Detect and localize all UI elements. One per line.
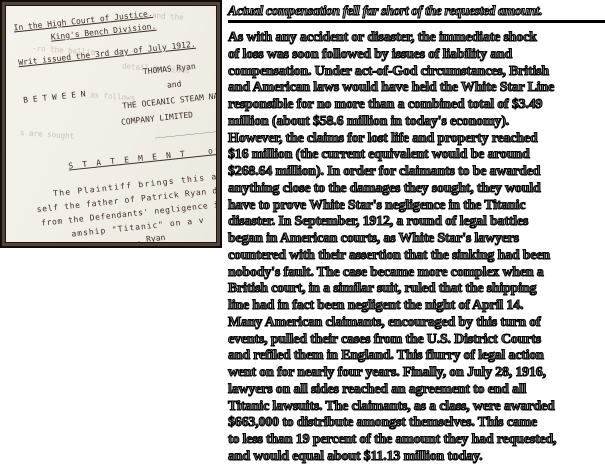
article-body-line: line had in fact been negligent the nigh… [228, 298, 605, 315]
article-body-line: $663,000 to distribute amongst themselve… [228, 415, 605, 432]
article-body-line: However, the claims for lost life and pr… [228, 131, 605, 148]
article-body-line: million (about $58.6 million in today's … [228, 114, 605, 131]
article-body-line: lawyers on all sides reached an agreemen… [228, 382, 605, 399]
scan-paper: and the-ro the bellimdetail providedas f… [5, 5, 217, 243]
article-body-line: events, pulled their cases from the U.S.… [228, 332, 605, 349]
scan-inner-frame: and the-ro the bellimdetail providedas f… [2, 2, 220, 246]
article-body-line: compensation. Under act-of-God circumsta… [228, 64, 605, 81]
article-body-line: anything close to the damages they sough… [228, 181, 605, 198]
article-body-line: and American laws would have held the Wh… [228, 80, 605, 97]
typewritten-text-block: In the High Court of Justice.King's Benc… [9, 5, 217, 243]
court-document-scan-frame: and the-ro the bellimdetail providedas f… [0, 0, 222, 248]
article-body-line: and refiled them in England. This flurry… [228, 348, 605, 365]
article-body-line: Many American claimants, encouraged by t… [228, 315, 605, 332]
article-title-block: Actual compensation fell far short of th… [228, 0, 605, 23]
article-title: Actual compensation fell far short of th… [228, 2, 605, 19]
article-body-line: British court, in a similar suit, ruled … [228, 281, 605, 298]
article-body-line: disaster. In September, 1912, a round of… [228, 214, 605, 231]
article-body-line: began in American courts, as White Star'… [228, 231, 605, 248]
article-body-line: of loss was soon followed by issues of l… [228, 47, 605, 64]
article-body-line: $16 million (the current equivalent woul… [228, 147, 605, 164]
article-body-line: nobody's fault. The case became more com… [228, 265, 605, 282]
article-body-line: $268.64 million). In order for claimants… [228, 164, 605, 181]
article-body-line: to less than 19 percent of the amount th… [228, 432, 605, 449]
article-body-line: As with any accident or disaster, the im… [228, 30, 605, 47]
article-body-line: countered with their assertion that the … [228, 248, 605, 265]
article-body: As with any accident or disaster, the im… [228, 30, 605, 465]
article-body-line: and would equal about $11.13 million tod… [228, 449, 605, 465]
article-body-line: went on for nearly four years. Finally, … [228, 365, 605, 382]
scan-typed-line: S T A T E M E N T of C [68, 131, 217, 173]
article-body-line: have to prove White Star's negligence in… [228, 198, 605, 215]
article-body-line: responsible for no more than a combined … [228, 97, 605, 114]
article-body-line: Titanic lawsuits. The claimants, as a cl… [228, 399, 605, 416]
article: Actual compensation fell far short of th… [228, 0, 605, 465]
